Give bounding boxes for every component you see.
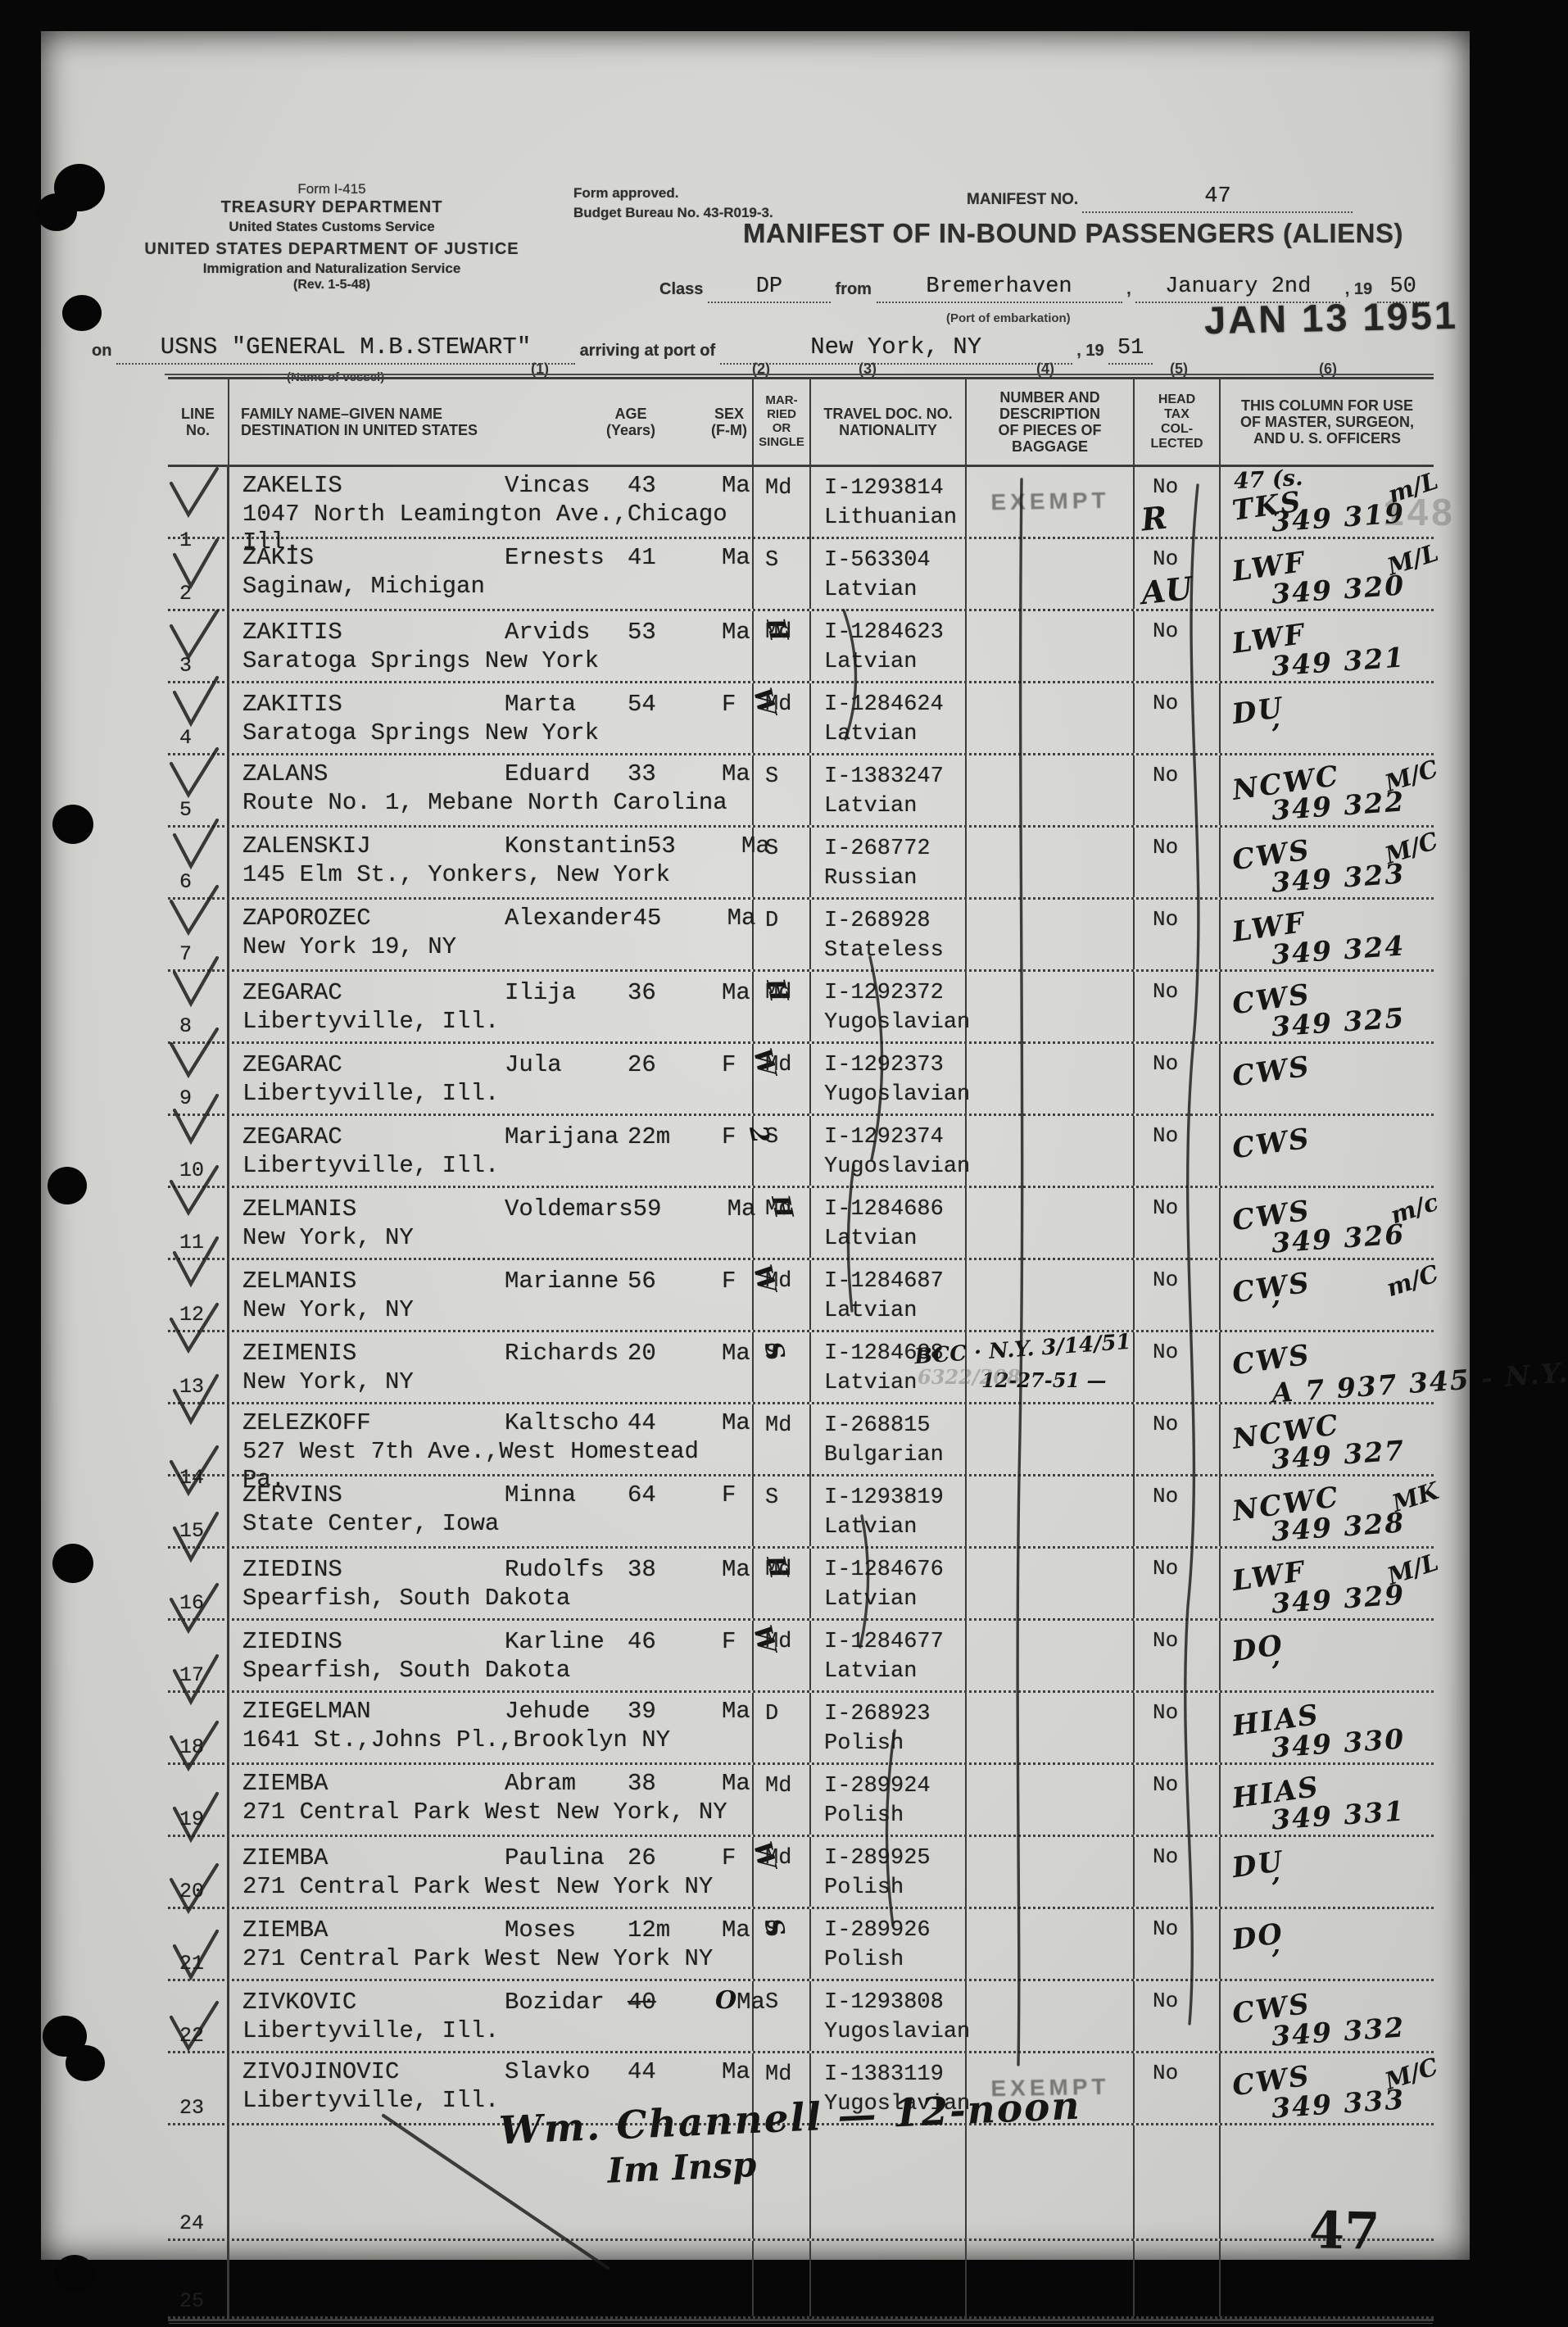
officers-cell: NCWC349 322M/C [1221, 755, 1434, 825]
head-tax-value: No [1153, 1484, 1178, 1508]
age-value: 26 [628, 1844, 722, 1871]
travel-doc-number: I-1292374 [824, 1123, 965, 1152]
married-cell: S [754, 1332, 811, 1402]
married-cell: Md [754, 1765, 811, 1835]
name-line: ZALENSKIJKonstantin53Ma [242, 832, 752, 860]
officer-number-note: ’ [1271, 1295, 1284, 1327]
head-tax-value: No [1153, 1123, 1178, 1148]
age-value: 44 [628, 2058, 722, 2085]
family-name: ZALANS [242, 760, 505, 787]
nationality: Russian [824, 864, 965, 893]
destination: Spearfish, South Dakota [242, 1585, 570, 1612]
line-number: 19 [179, 1808, 204, 1831]
destination-line: Libertyville, Ill. [242, 1151, 752, 1179]
family-name: ZIEMBA [242, 1770, 505, 1797]
head-tax-value: No [1153, 691, 1178, 715]
table-row: 2ZAKISErnests41MaSaginaw, MichiganSI-563… [168, 539, 1434, 611]
married-status: S [765, 1486, 778, 1510]
name-cell: ZIEGELMANJehude39Ma1641 St.,Johns Pl.,Br… [229, 1693, 754, 1762]
line-number-cell: 12 [168, 1260, 229, 1330]
given-name: Abram [505, 1770, 628, 1797]
line-number-cell: 7 [168, 900, 229, 969]
punch-hole [54, 2255, 95, 2293]
sex-value: F [722, 1628, 736, 1655]
baggage-cell [967, 1909, 1135, 1979]
baggage-cell [967, 828, 1135, 897]
header-married: MAR- RIED OR SINGLE [754, 379, 811, 465]
travel-doc-number: I-1292373 [824, 1050, 965, 1080]
travel-doc-number: I-1293819 [824, 1483, 965, 1513]
line-number: 24 [179, 2211, 204, 2235]
issuing-agency-block: Form I-415 TREASURY DEPARTMENT United St… [119, 180, 545, 293]
handwritten-page-number: 47 [1308, 2200, 1380, 2261]
baggage-cell [967, 683, 1135, 753]
line-number-cell: 8 [168, 972, 229, 1041]
sex-value: F [722, 691, 736, 718]
line-number-cell: 13 [168, 1332, 229, 1402]
line-number: 12 [179, 1303, 204, 1327]
head-tax-value: No [1153, 979, 1178, 1004]
table-row: 22ZIVKOVICBozidar40OMaLibertyville, Ill.… [168, 1981, 1434, 2053]
destination: Libertyville, Ill. [242, 1152, 499, 1179]
destination-line: New York 19, NY [242, 932, 752, 960]
married-status: D [765, 1702, 778, 1726]
age-handwritten: O [715, 1986, 736, 2015]
given-name: Marijana [505, 1123, 628, 1150]
ins-service: Immigration and Naturalization Service [119, 260, 545, 277]
family-name: ZEGARAC [242, 979, 505, 1006]
head-tax-cell: NoAU [1135, 539, 1221, 609]
age-value: 41 [628, 544, 722, 571]
customs-service: United States Customs Service [119, 218, 545, 235]
destination-line: Spearfish, South Dakota [242, 1584, 752, 1612]
page-title: MANIFEST OF IN-BOUND PASSENGERS (ALIENS) [713, 218, 1434, 249]
travel-doc-cell: I-1383247Latvian [811, 755, 967, 825]
destination-line: State Center, Iowa [242, 1509, 752, 1537]
travel-doc-cell: I-289924Polish [811, 1765, 967, 1835]
name-cell: ZALANSEduard33MaRoute No. 1, Mebane Nort… [229, 755, 754, 825]
age-value: 39 [628, 1698, 722, 1725]
officer-suffix-note: m/C [1383, 1259, 1442, 1302]
married-status: Md [765, 981, 791, 1005]
nationality: Latvian [824, 1657, 965, 1686]
sex-value: Ma [722, 1409, 750, 1436]
destination: 271 Central Park West New York NY [242, 1945, 713, 1972]
line-number: 4 [179, 726, 192, 750]
baggage-cell [967, 1693, 1135, 1762]
name-line: ZIEDINSRudolfs38MaH [242, 1554, 752, 1583]
name-line: ZERVINSMinna64F [242, 1481, 752, 1508]
married-cell: S [754, 1116, 811, 1186]
line-number-cell: 18 [168, 1693, 229, 1762]
arrival-port: New York, NY [810, 333, 981, 361]
family-name: ZEIMENIS [242, 1340, 505, 1367]
travel-doc-number: I-1284677 [824, 1627, 965, 1657]
head-tax-cell: No [1135, 1981, 1221, 2051]
given-name: Bozidar [505, 1989, 628, 2016]
age-value: 45 [633, 905, 727, 932]
married-status: S [765, 1918, 778, 1943]
family-name: ZALENSKIJ [242, 832, 505, 860]
officer-number-note: A 7 937 345 - N.Y. [1271, 1356, 1568, 1408]
officer-suffix-note: M/C [1382, 2053, 1442, 2096]
officers-cell: NCWC349 328MK [1221, 1476, 1434, 1546]
manifest-no-label: MANIFEST NO. [967, 191, 1078, 208]
name-cell: ZAKISErnests41MaSaginaw, Michigan [229, 539, 754, 609]
sex-value: Ma [722, 1916, 750, 1944]
line-number-cell: 2 [168, 539, 229, 609]
age-value: 12m [628, 1916, 722, 1944]
line-number: 18 [179, 1735, 204, 1759]
head-tax-value: No [1153, 1412, 1178, 1436]
name-cell: ZELMANISVoldemars59MaHNew York, NY [229, 1188, 754, 1258]
destination-line: 145 Elm St., Yonkers, New York [242, 860, 752, 888]
destination: Saratoga Springs New York [242, 719, 599, 746]
line-number-cell: 25 [168, 2241, 229, 2316]
married-cell: S [754, 828, 811, 897]
family-name: ZIEMBA [242, 1916, 505, 1944]
line-number-cell: 10 [168, 1116, 229, 1186]
head-tax-value: No [1153, 1340, 1178, 1364]
name-line: ZIEMBAAbram38Ma [242, 1770, 752, 1797]
baggage-cell [967, 611, 1135, 681]
travel-doc-number: I-1284686 [824, 1195, 965, 1224]
head-tax-cell: No [1135, 1909, 1221, 1979]
manifest-no-blank: 47 [1082, 187, 1353, 213]
officer-suffix-note: m/c [1387, 1188, 1442, 1230]
sex-value: Ma [722, 1698, 750, 1725]
header-line-no: LINE No. [168, 379, 229, 465]
name-line: ZAKITISMarta54FW [242, 688, 752, 718]
family-name: ZAKITIS [242, 691, 505, 718]
baggage-cell [967, 1116, 1135, 1186]
table-row: 18ZIEGELMANJehude39Ma1641 St.,Johns Pl.,… [168, 1693, 1434, 1765]
married-cell: Md [754, 1260, 811, 1330]
nationality: Yugoslavian [824, 1152, 965, 1182]
name-line: ZELMANISVoldemars59MaH [242, 1193, 752, 1222]
destination-line: 1641 St.,Johns Pl.,Brooklyn NY [242, 1726, 752, 1753]
sex-value: F [722, 1051, 736, 1078]
family-name: ZAKIS [242, 544, 505, 571]
header-head-tax: HEAD TAX COL- LECTED [1135, 379, 1221, 465]
exempt-stamp: EXEMPT [990, 488, 1110, 516]
age-value: 44 [628, 1409, 722, 1436]
line-number-cell: 22 [168, 1981, 229, 2051]
name-cell: ZEGARACMarijana22mF2Libertyville, Ill. [229, 1116, 754, 1186]
family-name: ZIEDINS [242, 1628, 505, 1655]
family-name: ZIVOJINOVIC [242, 2058, 505, 2085]
travel-doc-cell: I-268923Polish [811, 1693, 967, 1762]
officers-cell: CWS349 332 [1221, 1981, 1434, 2051]
nationality: Yugoslavian [824, 2017, 965, 2047]
nationality: Lithuanian [824, 503, 965, 533]
nationality: Latvian [824, 1224, 965, 1254]
name-line: ZAKELISVincas43Ma [242, 472, 752, 499]
married-status: Md [765, 1846, 791, 1871]
head-tax-value: No [1153, 1195, 1178, 1220]
married-cell: Md [754, 1837, 811, 1907]
table-row: 3ZAKITISArvids53MaHSaratoga Springs New … [168, 611, 1434, 683]
destination-line: 271 Central Park West New York, NY [242, 1798, 752, 1826]
line-number: 3 [179, 654, 192, 678]
form-approved-block: Form approved. Budget Bureau No. 43-R019… [573, 184, 773, 223]
line-number: 8 [179, 1014, 192, 1038]
name-line: ZELEZKOFFKaltscho44Ma [242, 1409, 752, 1436]
age-value: 56 [628, 1268, 722, 1295]
baggage-cell [967, 755, 1135, 825]
age-value: 43 [628, 472, 722, 499]
form-number: Form I-415 [119, 180, 545, 197]
baggage-cell [967, 1981, 1135, 2051]
nationality: Yugoslavian [824, 1080, 965, 1109]
officers-cell: CWSA 7 937 345 - N.Y. [1221, 1332, 1434, 1402]
vessel-line: on USNS "GENERAL M.B.STEWART" arriving a… [92, 336, 1153, 365]
punch-hole [66, 2045, 105, 2081]
line-number-cell: 5 [168, 755, 229, 825]
line-number: 10 [179, 1159, 204, 1182]
officer-number-note: ’ [1271, 1655, 1284, 1688]
married-status: S [765, 548, 778, 573]
head-tax-cell: No [1135, 611, 1221, 681]
age-value: 33 [628, 760, 722, 787]
destination-line: Libertyville, Ill. [242, 1079, 752, 1107]
given-name: Slavko [505, 2058, 628, 2085]
destination: Saratoga Springs New York [242, 647, 599, 674]
married-cell: Md [754, 1044, 811, 1114]
port-blank: Bremerhaven [877, 277, 1122, 303]
family-name: ZIEMBA [242, 1844, 505, 1871]
head-tax-cell: No [1135, 1693, 1221, 1762]
married-status: Md [765, 1269, 791, 1294]
destination-line: New York, NY [242, 1223, 752, 1251]
travel-doc-number: I-1293808 [824, 1988, 965, 2017]
given-name: Paulina [505, 1844, 628, 1871]
destination-line: Libertyville, Ill. [242, 2016, 752, 2044]
head-tax-value: No [1153, 1772, 1178, 1797]
given-name: Karline [505, 1628, 628, 1655]
vessel-blank: USNS "GENERAL M.B.STEWART" [116, 336, 575, 365]
officer-suffix-note: M/L [1384, 538, 1442, 581]
name-line: ZEGARACMarijana22mF2 [242, 1121, 752, 1150]
destination: Spearfish, South Dakota [242, 1657, 570, 1684]
married-status: Md [765, 2062, 791, 2087]
sex-value: Ma [722, 472, 750, 499]
punch-hole [52, 805, 93, 844]
officer-number-note: ’ [1271, 1944, 1284, 1976]
head-tax-value: No [1153, 907, 1178, 932]
age-value: 38 [628, 1556, 722, 1583]
head-tax-cell: No [1135, 755, 1221, 825]
travel-doc-number: I-563304 [824, 546, 965, 575]
justice-dept: UNITED STATES DEPARTMENT OF JUSTICE [119, 239, 545, 260]
line-number-cell: 9 [168, 1044, 229, 1114]
travel-doc-number: I-1383247 [824, 762, 965, 792]
given-name: Ilija [505, 979, 628, 1006]
married-cell: Md [754, 611, 811, 681]
destination-line: Spearfish, South Dakota [242, 1656, 752, 1684]
married-cell: S [754, 755, 811, 825]
age-value: 22m [628, 1123, 722, 1150]
nationality: Latvian [824, 719, 965, 749]
sex-value: Ma [722, 1340, 750, 1367]
destination-line: New York, NY [242, 1368, 752, 1395]
line-number-cell: 4 [168, 683, 229, 753]
travel-doc-number: I-1383119 [824, 2060, 965, 2089]
class-label: Class [659, 280, 703, 298]
class-blank: DP [708, 277, 831, 303]
nationality: Polish [824, 1945, 965, 1975]
officers-cell: HIAS349 331 [1221, 1765, 1434, 1835]
header-baggage: NUMBER AND DESCRIPTION OF PIECES OF BAGG… [967, 379, 1135, 465]
punch-hole [52, 1544, 93, 1583]
destination: New York, NY [242, 1296, 414, 1323]
destination-line: 271 Central Park West New York NY [242, 1872, 752, 1900]
table-row: 11ZELMANISVoldemars59MaHNew York, NYMdI-… [168, 1188, 1434, 1260]
family-name: ZIEGELMAN [242, 1698, 505, 1725]
travel-doc-cell: I-1292373Yugoslavian [811, 1044, 967, 1114]
nationality: Latvian [824, 1513, 965, 1542]
given-name: Eduard [505, 760, 628, 787]
head-tax-cell: No [1135, 1621, 1221, 1690]
header-name: FAMILY NAME–GIVEN NAME DESTINATION IN UN… [229, 379, 754, 465]
year2-blank: 51 [1108, 338, 1153, 365]
age-value: 53 [628, 619, 722, 646]
name-line: ZEGARACIlija36MaH [242, 977, 752, 1006]
travel-doc-number: I-1284687 [824, 1267, 965, 1296]
name-cell: ZAPOROZECAlexander45MaNew York 19, NY [229, 900, 754, 969]
nationality: Latvian [824, 575, 965, 605]
table-row: 1ZAKELISVincas43Ma1047 North Leamington … [168, 467, 1434, 539]
travel-doc-number: I-268928 [824, 906, 965, 936]
table-row: 8ZEGARACIlija36MaHLibertyville, Ill.MdI-… [168, 972, 1434, 1044]
officers-cell: DU’ [1221, 683, 1434, 753]
baggage-cell [967, 2241, 1135, 2316]
officers-cell: LWF349 321 [1221, 611, 1434, 681]
travel-doc-cell: I-1284687Latvian [811, 1260, 967, 1330]
travel-doc-number: I-1284623 [824, 618, 965, 647]
name-line: ZIVKOVICBozidar40OMa [242, 1986, 752, 2016]
name-cell: ZIEMBAAbram38Ma271 Central Park West New… [229, 1765, 754, 1835]
vessel-name: USNS "GENERAL M.B.STEWART" [161, 333, 531, 361]
line-number-cell: 19 [168, 1765, 229, 1835]
table-row: 7ZAPOROZECAlexander45MaNew York 19, NYDI… [168, 900, 1434, 972]
travel-doc-cell: I-1292374Yugoslavian [811, 1116, 967, 1186]
given-name: Marta [505, 691, 628, 718]
line-number-cell: 3 [168, 611, 229, 681]
married-status: Md [765, 620, 791, 645]
officers-cell: DO’ [1221, 1909, 1434, 1979]
officers-cell: DU’ [1221, 1837, 1434, 1907]
travel-doc-number: I-1284676 [824, 1555, 965, 1585]
manifest-table: LINE No. FAMILY NAME–GIVEN NAME DESTINAT… [168, 377, 1434, 2321]
nationality: Polish [824, 1729, 965, 1758]
age-value: 20 [628, 1340, 722, 1367]
travel-doc-number: I-268815 [824, 1411, 965, 1440]
destination-line: Saratoga Springs New York [242, 719, 752, 746]
year2-value: 51 [1117, 336, 1144, 361]
head-tax-value: No [1153, 1700, 1178, 1725]
married-status: S [765, 1125, 778, 1150]
officers-cell: CWS349 323M/C [1221, 828, 1434, 897]
from-label: from [836, 280, 872, 298]
officers-cell: DO’ [1221, 1621, 1434, 1690]
married-status: Md [765, 1053, 791, 1077]
family-name: ZEGARAC [242, 1123, 505, 1150]
family-name: ZELMANIS [242, 1195, 505, 1222]
officers-cell: CWS [1221, 1116, 1434, 1186]
arrival-date-stamp: JAN 13 1951 [1203, 293, 1458, 342]
head-tax-cell: No [1135, 828, 1221, 897]
name-cell: ZIVKOVICBozidar40OMaLibertyville, Ill. [229, 1981, 754, 2051]
table-row: 14ZELEZKOFFKaltscho44Ma527 West 7th Ave.… [168, 1404, 1434, 1476]
header-officers: THIS COLUMN FOR USE OF MASTER, SURGEON, … [1221, 379, 1434, 465]
manifest-no-value: 47 [1204, 184, 1230, 209]
arriving-label: arriving at port of [580, 342, 716, 360]
married-cell: Md [754, 683, 811, 753]
travel-doc-number: I-268923 [824, 1699, 965, 1729]
married-status: Md [765, 1774, 791, 1799]
travel-doc-cell [811, 2241, 967, 2316]
nationality: Polish [824, 1873, 965, 1903]
given-name: Jula [505, 1051, 628, 1078]
name-line: ZIEGELMANJehude39Ma [242, 1698, 752, 1725]
travel-doc-cell: I-268928Stateless [811, 900, 967, 969]
table-row: 17ZIEDINSKarline46FWSpearfish, South Dak… [168, 1621, 1434, 1693]
name-cell: ZAKITISMarta54FWSaratoga Springs New Yor… [229, 683, 754, 753]
header-name-label: FAMILY NAME–GIVEN NAME DESTINATION IN UN… [241, 406, 582, 438]
line-number-cell: 20 [168, 1837, 229, 1907]
baggage-cell [967, 1044, 1135, 1114]
head-tax-cell: No [1135, 900, 1221, 969]
name-line: ZEGARACJula26FW [242, 1049, 752, 1078]
given-name: Voldemars [505, 1195, 633, 1222]
baggage-cell [967, 900, 1135, 969]
married-cell: S [754, 1476, 811, 1546]
table-row: 10ZEGARACMarijana22mF2Libertyville, Ill.… [168, 1116, 1434, 1188]
married-status: Md [765, 476, 791, 501]
family-name: ZAPOROZEC [242, 905, 505, 932]
port-value: Bremerhaven [926, 274, 1072, 299]
given-name: Moses [505, 1916, 628, 1944]
officer-agency-note: CWS [1230, 1050, 1312, 1094]
table-row: 13ZEIMENISRichards20MaSNew York, NYSI-12… [168, 1332, 1434, 1404]
head-tax-value: No [1153, 1916, 1178, 1941]
destination: Libertyville, Ill. [242, 1080, 499, 1107]
nationality: Latvian [824, 1585, 965, 1614]
married-status: S [765, 1990, 778, 2015]
form-approved-line1: Form approved. [573, 184, 773, 203]
table-row: 6ZALENSKIJKonstantin53Ma145 Elm St., Yon… [168, 828, 1434, 900]
given-name: Ernests [505, 544, 628, 571]
head-tax-cell: No [1135, 1549, 1221, 1618]
table-row: 25 [168, 2241, 1434, 2319]
head-tax-cell: No [1135, 1332, 1221, 1402]
baggage-cell [967, 1476, 1135, 1546]
travel-doc-cell: I-1284677Latvian [811, 1621, 967, 1690]
head-tax-note: AU [1140, 569, 1194, 611]
comma: , [1126, 280, 1131, 298]
head-tax-value: No [1153, 1051, 1178, 1076]
name-cell: ZIEMBAMoses12mMaS271 Central Park West N… [229, 1909, 754, 1979]
age-value: 26 [628, 1051, 722, 1078]
name-line: ZAPOROZECAlexander45Ma [242, 905, 752, 932]
destination-line: Route No. 1, Mebane North Carolina [242, 788, 752, 816]
travel-doc-cell: I-289926Polish [811, 1909, 967, 1979]
name-line: ZIVOJINOVICSlavko44Ma [242, 2058, 752, 2085]
head-tax-value: No [1153, 2061, 1178, 2085]
sex-value: Ma [722, 2058, 750, 2085]
line-number: 15 [179, 1519, 204, 1543]
